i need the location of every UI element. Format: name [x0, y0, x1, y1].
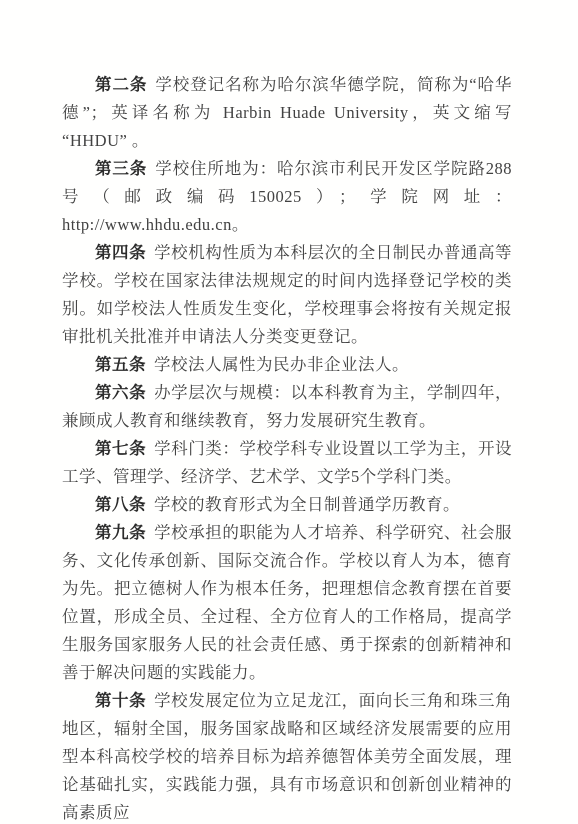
article-label: 第二条 — [95, 75, 147, 94]
article-paragraph: 第八条学校的教育形式为全日制普通学历教育。 — [62, 491, 512, 519]
article-text: 学校的教育形式为全日制普通学历教育。 — [154, 495, 460, 514]
article-label: 第十条 — [95, 691, 146, 710]
article-label: 第五条 — [95, 355, 146, 374]
article-label: 第六条 — [95, 383, 146, 402]
article-list: 第二条学校登记名称为哈尔滨华德学院，简称为“哈华德”；英译名称为 Harbin … — [62, 71, 512, 824]
document-page: 第二条学校登记名称为哈尔滨华德学院，简称为“哈华德”；英译名称为 Harbin … — [0, 0, 578, 824]
article-paragraph: 第四条学校机构性质为本科层次的全日制民办普通高等学校。学校在国家法律法规规定的时… — [62, 239, 512, 351]
article-label: 第九条 — [95, 523, 146, 542]
article-paragraph: 第三条学校住所地为：哈尔滨市利民开发区学院路288号（邮政编码150025）；学… — [62, 155, 512, 239]
page-number: 2 — [0, 749, 578, 767]
article-paragraph: 第九条学校承担的职能为人才培养、科学研究、社会服务、文化传承创新、国际交流合作。… — [62, 519, 512, 687]
article-paragraph: 第二条学校登记名称为哈尔滨华德学院，简称为“哈华德”；英译名称为 Harbin … — [62, 71, 512, 155]
article-label: 第三条 — [95, 159, 147, 178]
article-label: 第八条 — [95, 495, 146, 514]
article-paragraph: 第六条办学层次与规模：以本科教育为主，学制四年，兼顾成人教育和继续教育，努力发展… — [62, 379, 512, 435]
article-label: 第四条 — [95, 243, 146, 262]
article-text: 学校法人属性为民办非企业法人。 — [154, 355, 409, 374]
article-text: 学校承担的职能为人才培养、科学研究、社会服务、文化传承创新、国际交流合作。学校以… — [62, 523, 512, 682]
article-paragraph: 第五条学校法人属性为民办非企业法人。 — [62, 351, 512, 379]
article-label: 第七条 — [95, 439, 146, 458]
article-paragraph: 第七条学科门类：学校学科专业设置以工学为主，开设工学、管理学、经济学、艺术学、文… — [62, 435, 512, 491]
